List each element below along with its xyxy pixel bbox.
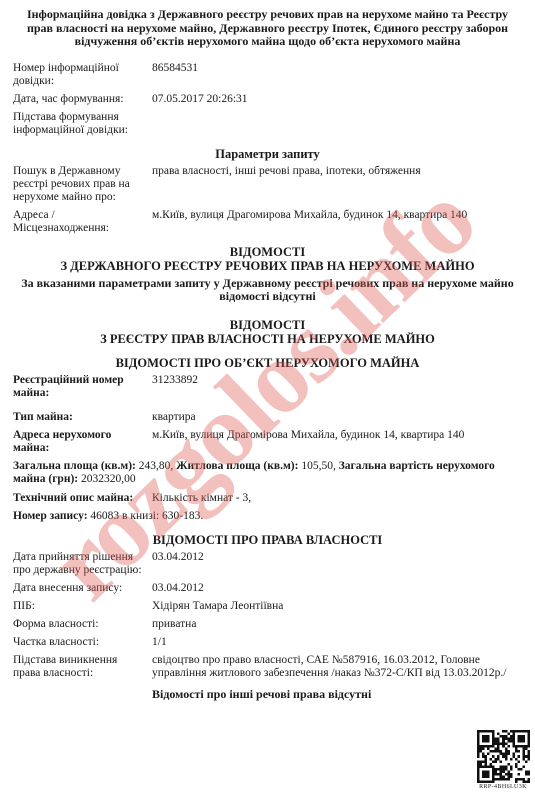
property-row-regnumber: Реєстраційний номер майна: 31233892 [13,374,522,400]
area-total-value: 243,80, [139,460,174,472]
rights-row-form: Форма власності: приватна [13,618,522,631]
qr-code [477,730,530,783]
record-number-line: Номер запису: 46083 в книзі: 630-183. [13,510,522,524]
property-row-type: Тип майна: квартира [13,411,522,424]
area-line: Загальна площа (кв.м): 243,80, Житлова п… [13,460,522,487]
field-label: Адреса нерухомого майна: [13,429,152,455]
field-label: Частка власності: [13,636,152,649]
rights-row-share: Частка власності: 1/1 [13,636,522,649]
field-label: Дата, час формування: [13,93,152,106]
info-row-number: Номер інформаційної довідки: 86584531 [13,62,522,88]
record-number-value: 46083 в книзі: 630-183. [90,510,203,522]
rights-row-entry-date: Дата внесення запису: 03.04.2012 [13,582,522,595]
field-value: 03.04.2012 [152,551,522,577]
field-label: Дата прийняття рішення про державну реєс… [13,551,152,577]
qr-block: RRP-4BH6LU3K [473,730,533,791]
info-row-basis: Підстава формування інформаційної довідк… [13,111,522,137]
heading-line1: ВІДОМОСТІ [13,318,522,332]
field-label: Пошук в Державному реєстрі речових прав … [13,165,152,204]
field-label: ПІБ: [13,600,152,613]
heading-line1: ВІДОМОСТІ [13,245,522,259]
field-value: 03.04.2012 [152,582,522,595]
heading-line2: З ДЕРЖАВНОГО РЕЄСТРУ РЕЧОВИХ ПРАВ НА НЕР… [13,259,522,273]
field-value: приватна [152,618,522,631]
document-content: Інформаційна довідка з Державного реєстр… [13,8,522,701]
query-row-search: Пошук в Державному реєстрі речових прав … [13,165,522,204]
ownership-register-heading: ВІДОМОСТІ З РЕЄСТРУ ПРАВ ВЛАСНОСТІ НА НЕ… [13,318,522,346]
heading-line2: З РЕЄСТРУ ПРАВ ВЛАСНОСТІ НА НЕРУХОМЕ МАЙ… [13,332,522,346]
field-value [152,111,522,137]
property-row-techdesc: Технічний опис майна: Кількість кімнат -… [13,492,522,505]
field-value: 1/1 [152,636,522,649]
field-label: Технічний опис майна: [13,492,152,505]
field-label: Форма власності: [13,618,152,631]
field-value: Хідірян Тамара Леонтіївна [152,600,522,613]
document-page: rozgolos.info Інформаційна довідка з Дер… [0,0,535,800]
field-value: 07.05.2017 20:26:31 [152,93,522,106]
field-label: Підстава формування інформаційної довідк… [13,111,152,137]
field-value: 86584531 [152,62,522,88]
field-value: 31233892 [152,374,522,400]
qr-code-label: RRP-4BH6LU3K [473,784,533,791]
query-params-heading: Параметри запиту [13,147,522,161]
info-row-datetime: Дата, час формування: 07.05.2017 20:26:3… [13,93,522,106]
field-label: Підстава виникнення права власності: [13,654,152,680]
field-value: м.Київ, вулиця Драгомирова Михайла, буди… [152,209,522,235]
total-value-value: 2032320,00 [81,473,136,485]
area-total-label: Загальна площа (кв.м): [13,460,136,472]
rights-row-basis: Підстава виникнення права власності: сві… [13,654,522,680]
field-value: Кількість кімнат - 3, [152,492,522,505]
field-value: права власності, інші речові права, іпот… [152,165,522,204]
state-register-note: За вказаними параметрами запиту у Держав… [13,277,522,304]
field-label: Тип майна: [13,411,152,424]
area-living-label: Житлова площа (кв.м): [176,460,298,472]
ownership-rights-heading: ВІДОМОСТІ ПРО ПРАВА ВЛАСНОСТІ [13,533,522,547]
field-label: Дата внесення запису: [13,582,152,595]
property-row-address: Адреса нерухомого майна: м.Київ, вулиця … [13,429,522,455]
property-object-heading: ВІДОМОСТІ ПРО ОБ’ЄКТ НЕРУХОМОГО МАЙНА [13,356,522,370]
field-label: Реєстраційний номер майна: [13,374,152,400]
record-number-label: Номер запису: [13,510,88,522]
query-row-address: Адреса / Місцезнаходження: м.Київ, вулиц… [13,209,522,235]
field-label: Номер інформаційної довідки: [13,62,152,88]
field-label: Адреса / Місцезнаходження: [13,209,152,235]
rights-row-name: ПІБ: Хідірян Тамара Леонтіївна [13,600,522,613]
rights-row-decision-date: Дата прийняття рішення про державну реєс… [13,551,522,577]
other-rights-absent-note: Відомості про інші речові права відсутні [152,688,522,701]
document-title: Інформаційна довідка з Державного реєстр… [13,8,522,49]
field-value: квартира [152,411,522,424]
area-living-value: 105,50, [301,460,336,472]
field-value: свідоцтво про право власності, САЕ №5879… [152,654,522,680]
field-value: м.Київ, вулиця Драгомірова Михайла, буди… [152,429,522,455]
state-register-heading: ВІДОМОСТІ З ДЕРЖАВНОГО РЕЄСТРУ РЕЧОВИХ П… [13,245,522,273]
